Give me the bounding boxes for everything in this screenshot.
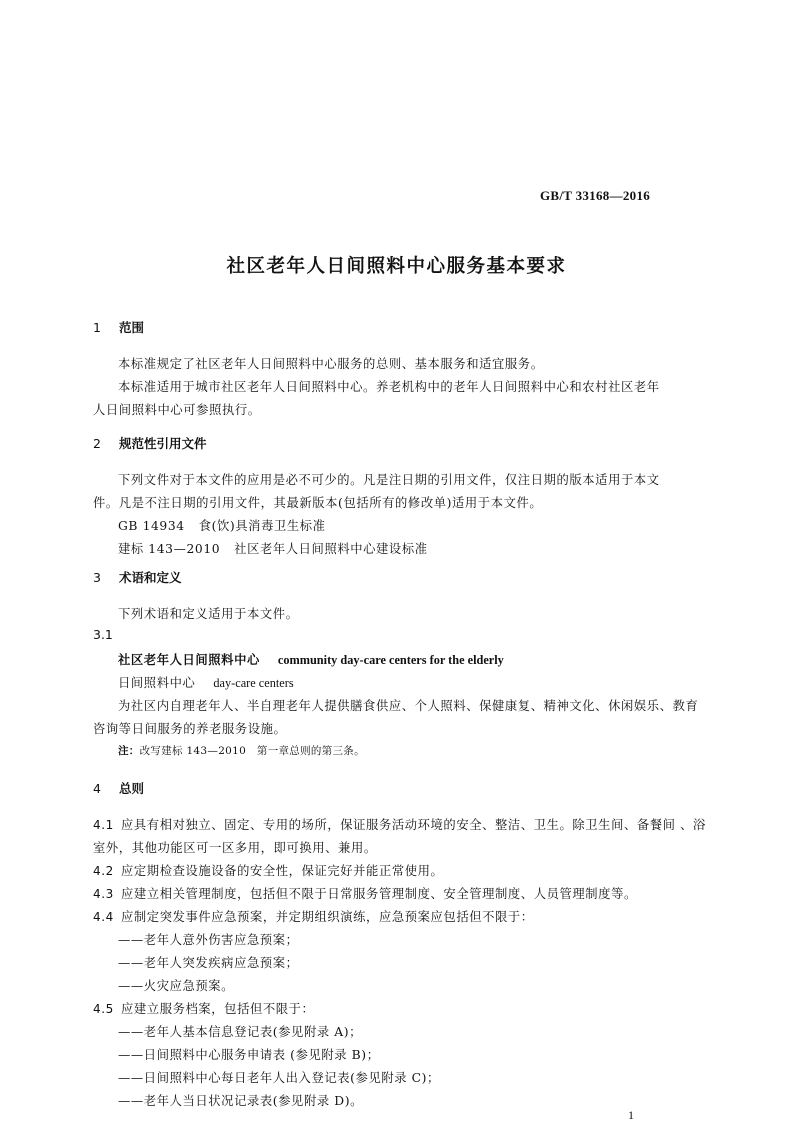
list-item: ——老年人意外伤害应急预案； [118,930,299,948]
section-title: 规范性引用文件 [119,436,207,451]
term-definition-continuation: 咨询等日间服务的养老服务设施。 [93,719,286,737]
term-entry: 社区老年人日间照料中心community day-care centers fo… [118,650,504,668]
section-title: 术语和定义 [119,570,182,585]
reference-code: 建标 143—2010 [118,542,220,556]
clause-number: 4.2 [93,864,121,878]
paragraph: 本标准规定了社区老年人日间照料中心服务的总则、基本服务和适宜服务。 [118,354,544,372]
clause-4-4: 4.4应制定突发事件应急预案，并定期组织演练，应急预案应包括但不限于： [93,907,534,925]
paragraph: 下列术语和定义适用于本文件。 [118,604,299,622]
clause-text: 应建立服务档案，包括但不限于： [121,1002,314,1016]
term-alias-zh: 日间照料中心 [118,676,195,690]
paragraph-continuation: 件。凡是不注日期的引用文件，其最新版本(包括所有的修改单)适用于本文件。 [93,493,542,511]
clause-text: 应制定突发事件应急预案，并定期组织演练，应急预案应包括但不限于： [121,910,534,924]
term-alias: 日间照料中心day-care centers [118,673,294,691]
term-note: 注：改写建标 143—2010 第一章总则的第三条。 [118,743,365,758]
list-item: ——老年人突发疾病应急预案； [118,953,299,971]
clause-4-2: 4.2应定期检查设施设备的安全性，保证完好并能正常使用。 [93,861,443,879]
paragraph-continuation: 人日间照料中心可参照执行。 [93,400,261,418]
clause-text: 应建立相关管理制度，包括但不限于日常服务管理制度、安全管理制度、人员管理制度等。 [121,887,637,901]
standard-code: GB/T 33168—2016 [540,188,650,204]
list-item: ——日间照料中心服务申请表 (参见附录 B)； [118,1045,380,1063]
reference-entry: 建标 143—2010社区老年人日间照料中心建设标准 [118,539,428,557]
term-number: 3.1 [93,627,113,642]
section-heading-2: 2规范性引用文件 [93,434,207,452]
paragraph: 下列文件对于本文件的应用是必不可少的。凡是注日期的引用文件，仅注日期的版本适用于… [118,470,660,488]
clause-4-3: 4.3应建立相关管理制度，包括但不限于日常服务管理制度、安全管理制度、人员管理制… [93,884,637,902]
clause-number: 4.1 [93,818,121,832]
term-alias-en: day-care centers [213,676,293,690]
section-heading-1: 1范围 [93,318,144,336]
list-item: ——火灾应急预案。 [118,976,234,994]
note-text: 改写建标 143—2010 第一章总则的第三条。 [140,745,365,757]
clause-number: 4.5 [93,1002,121,1016]
note-label: 注： [118,745,140,757]
clause-number: 4.4 [93,910,121,924]
paragraph: 本标准适用于城市社区老年人日间照料中心。养老机构中的老年人日间照料中心和农村社区… [118,377,660,395]
reference-code: GB 14934 [118,519,185,533]
section-number: 1 [93,320,119,335]
reference-title: 食(饮)具消毒卫生标准 [199,519,326,533]
document-title: 社区老年人日间照料中心服务基本要求 [0,252,793,278]
section-title: 范围 [119,320,144,335]
clause-4-1: 4.1应具有相对独立、固定、专用的场所，保证服务活动环境的安全、整洁、卫生。除卫… [93,815,706,833]
reference-entry: GB 14934食(饮)具消毒卫生标准 [118,516,326,534]
term-definition: 为社区内自理老年人、半自理老年人提供膳食供应、个人照料、保健康复、精神文化、休闲… [118,696,698,714]
page-number: 1 [628,1108,634,1122]
section-heading-3: 3术语和定义 [93,568,182,586]
section-title: 总则 [119,781,144,796]
clause-continuation: 室外，其他功能区可一区多用，即可换用、兼用。 [93,838,377,856]
term-name-zh: 社区老年人日间照料中心 [118,653,260,667]
section-number: 2 [93,436,119,451]
section-number: 4 [93,781,119,796]
reference-title: 社区老年人日间照料中心建设标准 [234,542,427,556]
clause-number: 4.3 [93,887,121,901]
list-item: ——老年人基本信息登记表(参见附录 A)； [118,1022,362,1040]
list-item: ——老年人当日状况记录表(参见附录 D)。 [118,1091,363,1109]
clause-text: 应定期检查设施设备的安全性，保证完好并能正常使用。 [121,864,443,878]
list-item: ——日间照料中心每日老年人出入登记表(参见附录 C)； [118,1068,440,1086]
section-heading-4: 4总则 [93,779,144,797]
clause-4-5: 4.5应建立服务档案，包括但不限于： [93,999,314,1017]
term-name-en: community day-care centers for the elder… [278,653,504,667]
clause-text: 应具有相对独立、固定、专用的场所，保证服务活动环境的安全、整洁、卫生。除卫生间、… [121,818,706,832]
section-number: 3 [93,570,119,585]
